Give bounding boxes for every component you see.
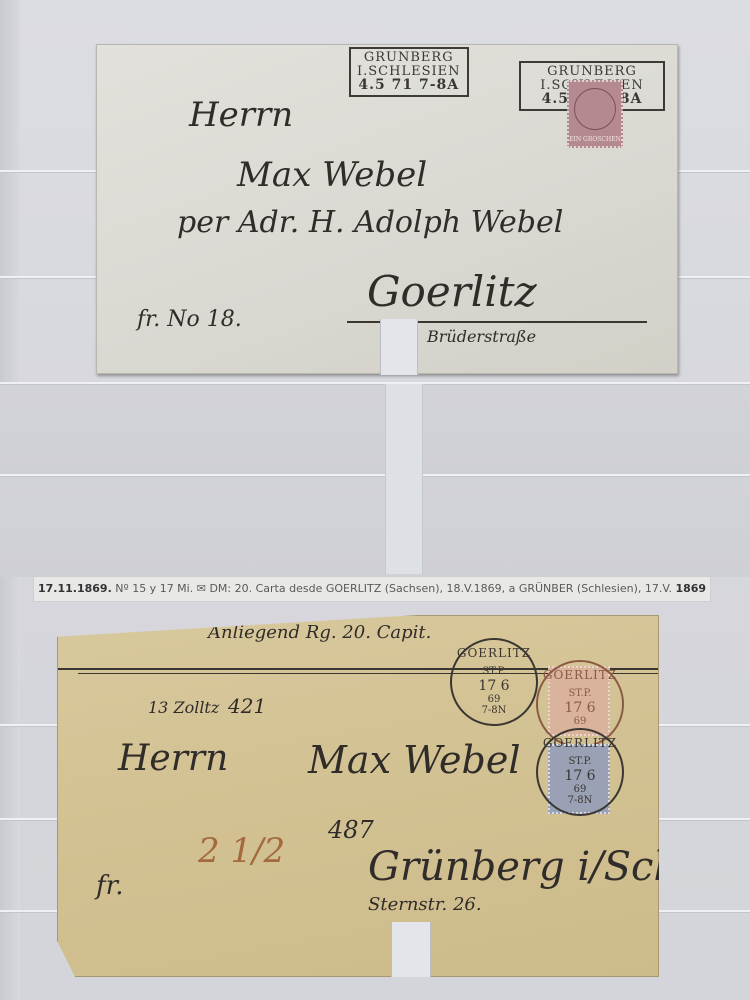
care-of-line: per Adr. H. Adolph Webel xyxy=(177,205,563,240)
stock-strip xyxy=(0,476,750,577)
registration-note: 487 xyxy=(328,816,374,844)
franco-note: fr. xyxy=(96,871,123,901)
header-note: Anliegend Rg. 20. Capit. xyxy=(208,622,431,643)
stock-strip xyxy=(0,384,750,477)
salutation: Herrn xyxy=(118,738,228,779)
city: Grünberg i/Schl. xyxy=(368,844,705,890)
mark-note: 421 xyxy=(228,694,266,718)
strip-divider xyxy=(385,384,423,574)
box-postmark: GRUNBERG I.SCHLESIEN 4.5 71 7-8A xyxy=(349,47,469,97)
strip-divider xyxy=(391,922,431,982)
salutation: Herrn xyxy=(189,95,293,135)
street: Sternstr. 26. xyxy=(368,894,482,915)
street: Brüderstraße xyxy=(427,327,536,346)
cover-top: GRUNBERG I.SCHLESIEN 4.5 71 7-8A GRUNBER… xyxy=(96,44,678,374)
addressee-name: Max Webel xyxy=(308,738,521,782)
album-page: GRUNBERG I.SCHLESIEN 4.5 71 7-8A GRUNBER… xyxy=(0,0,750,1000)
weight-note: 13 Zolltz xyxy=(148,698,219,717)
postage-stamp-red: EIN GROSCHEN xyxy=(567,80,623,148)
addressee-name: Max Webel xyxy=(237,155,427,195)
reference-note: fr. No 18. xyxy=(137,307,242,332)
cover-bottom: Anliegend Rg. 20. Capit. GOERLITZ ST.P. … xyxy=(57,615,659,977)
strip-divider xyxy=(380,319,418,375)
description-label: 17.11.1869. Nº 15 y 17 Mi. ✉ DM: 20. Car… xyxy=(33,576,711,602)
city: Goerlitz xyxy=(367,267,537,316)
envelope-icon: ✉ xyxy=(197,582,206,595)
strip-edge xyxy=(0,474,750,476)
fee-note: 2 1/2 xyxy=(198,831,285,871)
strip-edge xyxy=(0,382,750,384)
circular-postmark: GOERLITZ ST.P. 17 6 69 7-8N xyxy=(536,728,624,816)
circular-postmark: GOERLITZ ST.P. 17 6 69 7-8N xyxy=(450,638,538,726)
stamp-oval xyxy=(574,88,616,130)
